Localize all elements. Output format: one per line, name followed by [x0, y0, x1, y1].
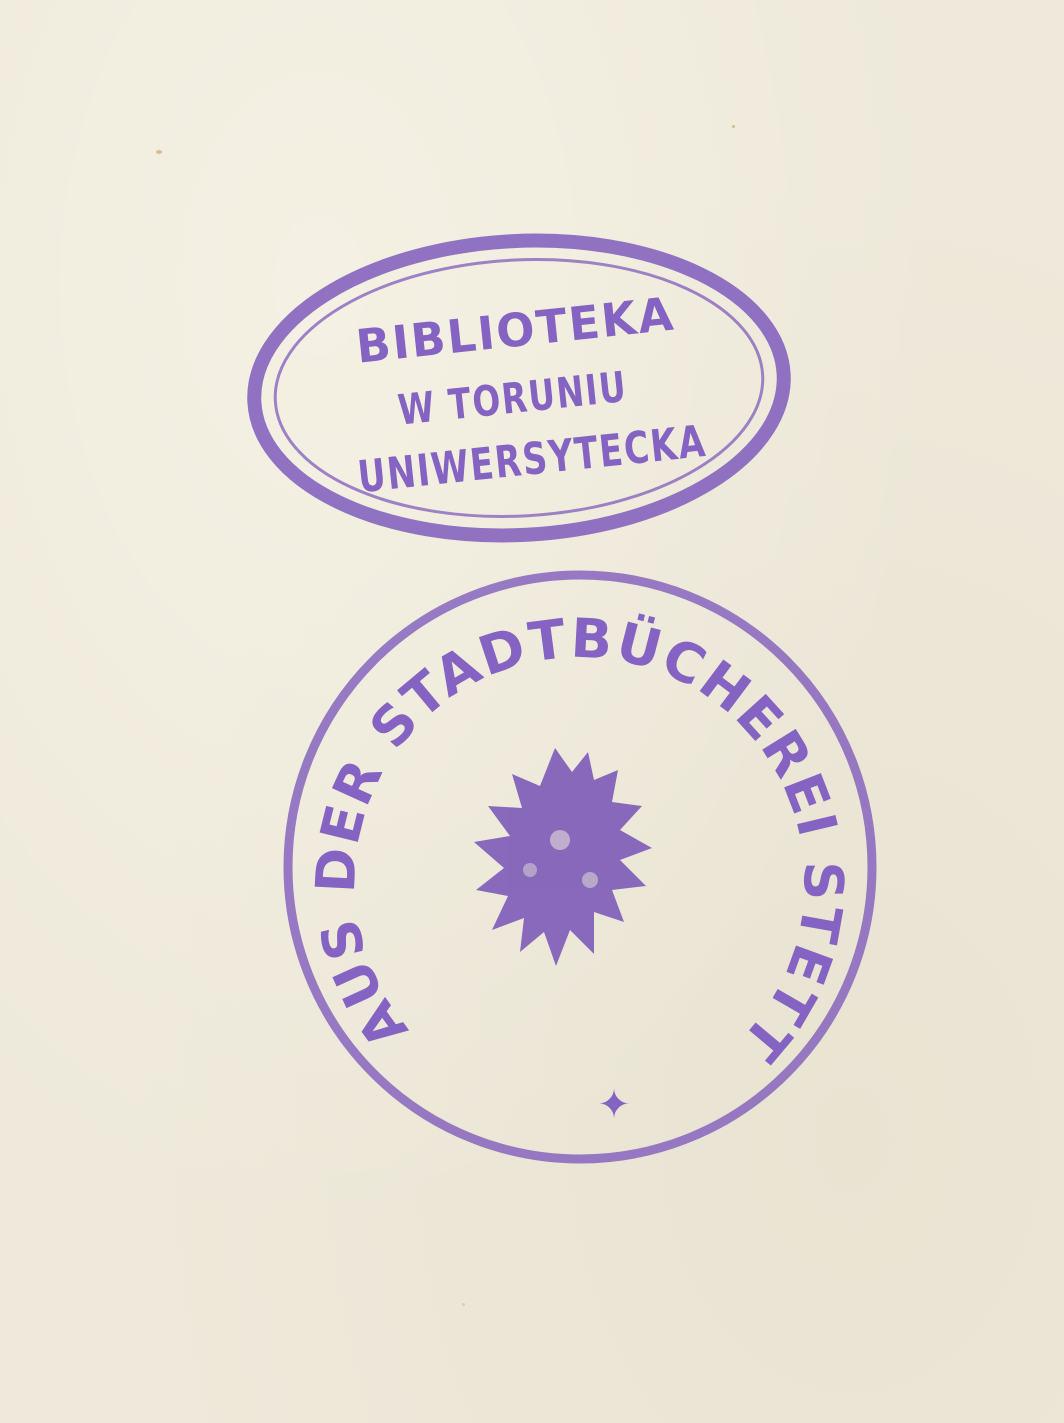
paper-fleck: [462, 1303, 465, 1306]
oval-stamp-line-2: W TORUNIU: [396, 362, 630, 435]
paper-fleck: [156, 150, 162, 154]
griffin-emblem-icon: [474, 748, 652, 966]
oval-stamp-line-1: BIBLIOTEKA: [354, 287, 678, 374]
paper-fleck: [732, 125, 735, 128]
round-stamp-separator: ✦: [597, 1082, 633, 1128]
round-library-stamp: AUS DER STADTBÜCHEREI STETTIN ✦: [270, 570, 890, 1170]
oval-library-stamp: BIBLIOTEKA W TORUNIU UNIWERSYTECKA: [240, 222, 800, 558]
